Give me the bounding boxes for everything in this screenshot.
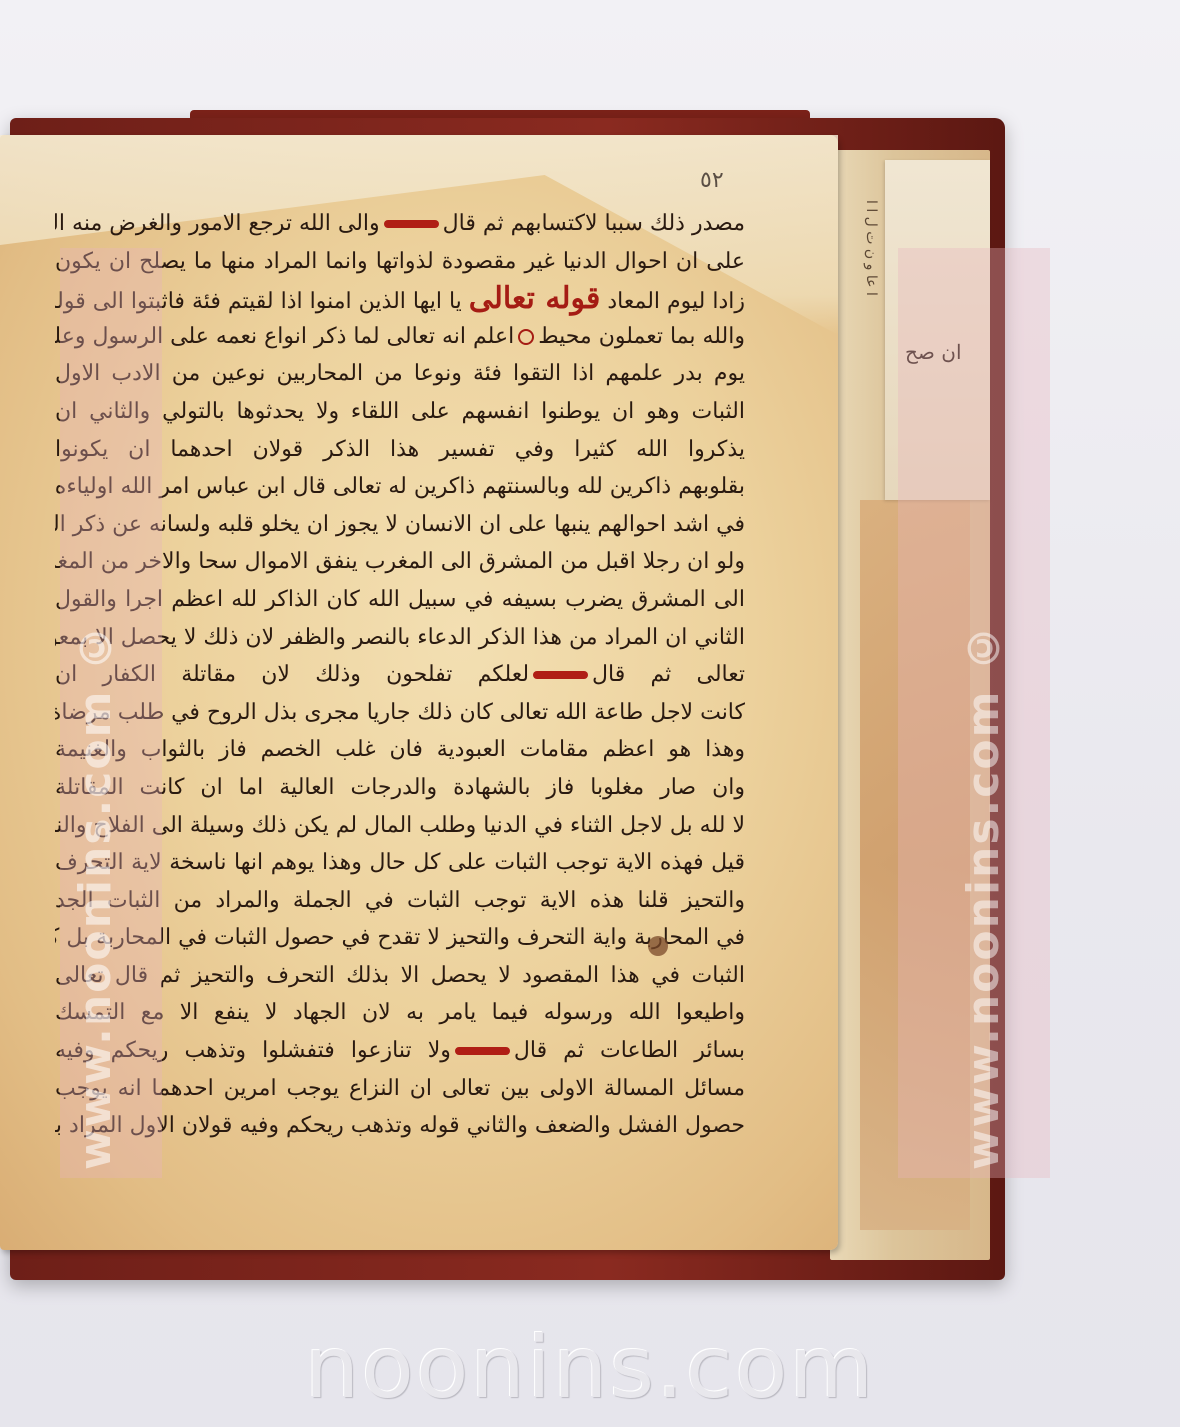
underlying-leaf-text: ا عا و ن ت ل ا ا (852, 200, 878, 296)
red-overline-mark (455, 1047, 510, 1055)
ink-stain (648, 936, 668, 956)
rubric-heading: قوله تعالى (469, 281, 601, 316)
line-text: والله بما تعملون محيط (538, 324, 745, 349)
line-text: زادا ليوم المعاد (600, 289, 745, 314)
line-text: مصدر ذلك سببا لاكتسابهم ثم قال (443, 211, 745, 236)
verse-end-marker-icon (518, 329, 534, 345)
watermark-bottom: noonins.com (0, 1318, 1180, 1418)
line-text: بسائر الطاعات ثم قال (514, 1038, 745, 1063)
manuscript-line: مصدر ذلك سببا لاكتسابهم ثم قالوالى الله … (55, 205, 745, 243)
folio-number: ٥٢ (700, 168, 724, 193)
watermark-vertical-right: www.noonins.com © (958, 250, 1009, 1170)
line-text: والى الله ترجع الامور والغرض منه التنبيه (55, 211, 380, 236)
red-overline-mark (384, 220, 439, 228)
line-text: تعالى ثم قال (592, 662, 745, 687)
watermark-vertical-left: www.noonins.com © (70, 250, 121, 1170)
red-overline-mark (533, 671, 588, 679)
